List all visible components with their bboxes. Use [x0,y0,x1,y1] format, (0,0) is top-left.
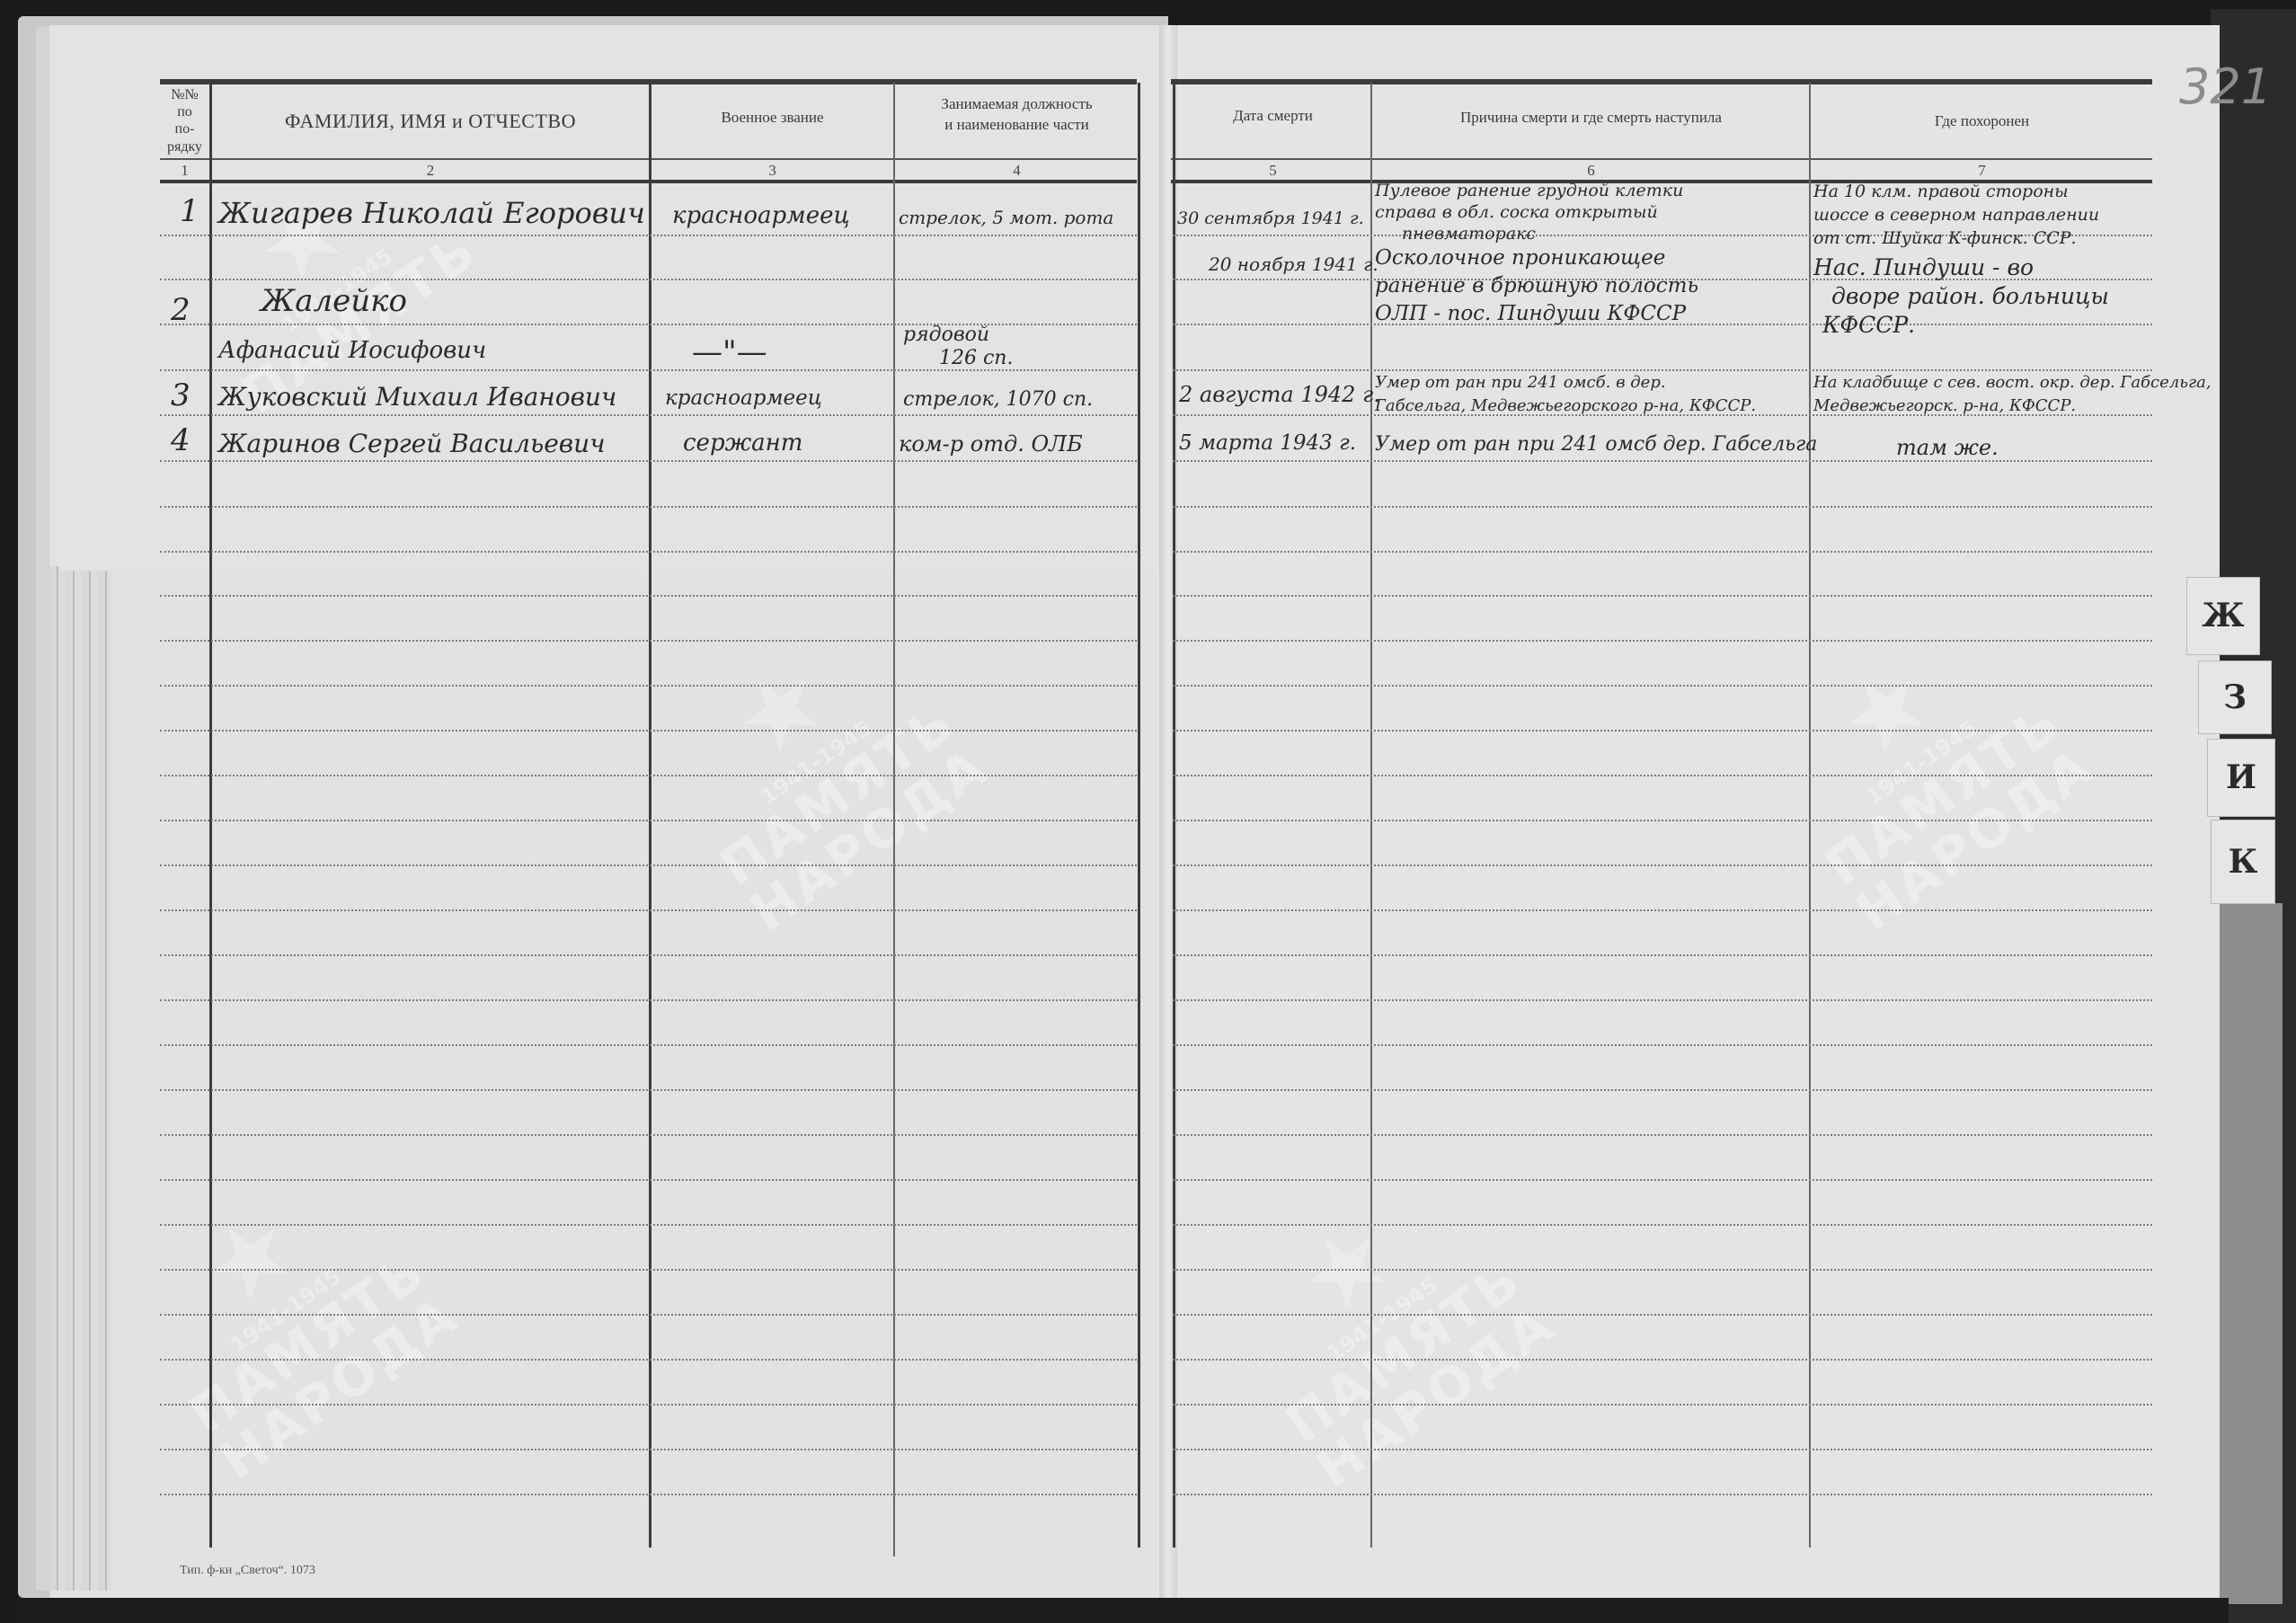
row-rule [1173,1359,2152,1361]
row-name: Жаринов Сергей Васильевич [218,429,606,458]
row-rule [1173,551,2152,553]
row-number: 1 [180,193,199,229]
row-rule [160,1179,1137,1181]
row-rule [160,954,1137,956]
row-rule [1173,685,2152,687]
row-position: стрелок, 1070 сп. [903,388,1093,411]
cause-line: Осколочное проникающее [1375,244,1698,272]
row-rule [1173,1224,2152,1226]
cause-line: пневматоракс [1375,223,1683,244]
row-rank: сержант [683,430,802,457]
row-name: Жуковский Михаил Иванович [218,382,616,412]
row-rule [1173,1044,2152,1046]
column-divider [1138,83,1140,1548]
row-rule [1173,1404,2152,1406]
row-number: 2 [171,292,191,328]
row-burial: там же. [1896,435,1999,460]
row-rule [1173,1134,2152,1136]
row-rule [160,1359,1137,1361]
row-name-surname: Жалейко [261,283,407,319]
row-rule [160,279,1137,280]
row-rule [1173,1269,2152,1271]
row-rule [160,1134,1137,1136]
page-edges-strip [49,566,112,1591]
row-rule [1173,1449,2152,1450]
row-rule [1173,909,2152,911]
row-position: стрелок, 5 мот. рота [899,207,1113,228]
index-tab[interactable]: Ж [2186,577,2260,655]
row-rule [160,1044,1137,1046]
row-rank: —"— [692,334,767,370]
row-rule [1173,640,2152,642]
row-rule [1173,1179,2152,1181]
right-board [2220,903,2283,1604]
row-rule [160,685,1137,687]
row-burial: На кладбище с сев. вост. окр. дер. Габсе… [1813,371,2212,418]
row-burial: Нас. Пиндуши - во дворе район. больницы … [1813,253,2109,340]
burial-line: На кладбище с сев. вост. окр. дер. Габсе… [1813,371,2212,395]
row-rule [160,235,1137,236]
row-burial: На 10 клм. правой стороны шоссе в северн… [1813,180,2099,250]
row-name: Жигарев Николай Егорович [218,196,645,230]
row-cause: Умер от ран при 241 омсб. в дер. Габсель… [1375,371,1756,418]
row-rule [1173,1494,2152,1495]
row-cause: Умер от ран при 241 омсб дер. Габсельга [1375,433,1817,456]
cause-line: Габсельга, Медвежьегорского р-на, КФССР. [1375,395,1756,418]
row-position: рядовой 126 сп. [903,324,1013,370]
row-rule [1173,999,2152,1001]
row-rule [160,1224,1137,1226]
row-rule [1173,506,2152,508]
row-rule [160,999,1137,1001]
row-rule [160,820,1137,821]
printer-imprint: Тип. ф-ки „Светоч“. 1073 [180,1564,315,1578]
row-rule [1173,954,2152,956]
row-rule [1173,595,2152,597]
row-cause: Осколочное проникающее ранение в брюшную… [1375,244,1698,328]
row-rule [160,1404,1137,1406]
row-rule [1173,730,2152,732]
row-rule [160,730,1137,732]
row-rule [160,551,1137,553]
cause-line: ранение в брюшную полость [1375,272,1698,300]
row-rulings-left [160,0,1137,1623]
row-rule [1173,775,2152,776]
row-date: 2 августа 1942 г. [1179,382,1380,407]
row-rule [160,909,1137,911]
row-rule [160,1494,1137,1495]
index-tab[interactable]: К [2211,820,2275,904]
row-date: 20 ноября 1941 г. [1209,253,1378,275]
row-rule [160,1269,1137,1271]
row-number: 3 [171,377,191,413]
row-rule [1173,1314,2152,1316]
row-name-given: Афанасий Иосифович [218,337,486,364]
cause-line: ОЛП - пос. Пиндуши КФССР [1375,300,1698,328]
burial-line: шоссе в северном направлении [1813,203,2099,226]
row-rule [160,640,1137,642]
row-rule [160,595,1137,597]
row-date: 30 сентября 1941 г. [1177,208,1364,228]
row-rule [160,865,1137,866]
burial-line: дворе район. больницы [1813,282,2109,311]
burial-line: Медвежьегорск. р-на, КФССР. [1813,395,2212,418]
burial-line: На 10 клм. правой стороны [1813,180,2099,203]
cause-line: Умер от ран при 241 омсб. в дер. [1375,371,1756,395]
row-rule [160,506,1137,508]
row-rule [160,1314,1137,1316]
row-rule [160,775,1137,776]
burial-line: от ст. Шуйка К-финск. ССР. [1813,226,2099,250]
row-rank: красноармеец [665,386,822,410]
index-tab[interactable]: З [2198,661,2272,734]
row-date: 5 марта 1943 г. [1179,431,1356,455]
row-rule [160,414,1137,416]
row-position: ком-р отд. ОЛБ [899,431,1083,457]
row-rule [160,1449,1137,1450]
row-rule [160,460,1137,462]
burial-line: КФССР. [1813,311,2109,340]
row-cause: Пулевое ранение грудной клетки справа в … [1375,180,1683,244]
row-rule [160,1089,1137,1091]
row-rule [1173,1089,2152,1091]
position-line: рядовой [903,324,1013,347]
index-tab[interactable]: И [2207,739,2275,817]
row-number: 4 [171,422,191,458]
cause-line: справа в обл. соска открытый [1375,201,1683,223]
burial-line: Нас. Пиндуши - во [1813,253,2109,282]
page-number-stamp: 321 [2179,58,2272,115]
row-rule [1173,460,2152,462]
cause-line: Пулевое ранение грудной клетки [1375,180,1683,201]
row-rule [1173,820,2152,821]
row-rule [1173,865,2152,866]
position-line: 126 сп. [903,347,1013,370]
row-rank: красноармеец [672,202,850,229]
